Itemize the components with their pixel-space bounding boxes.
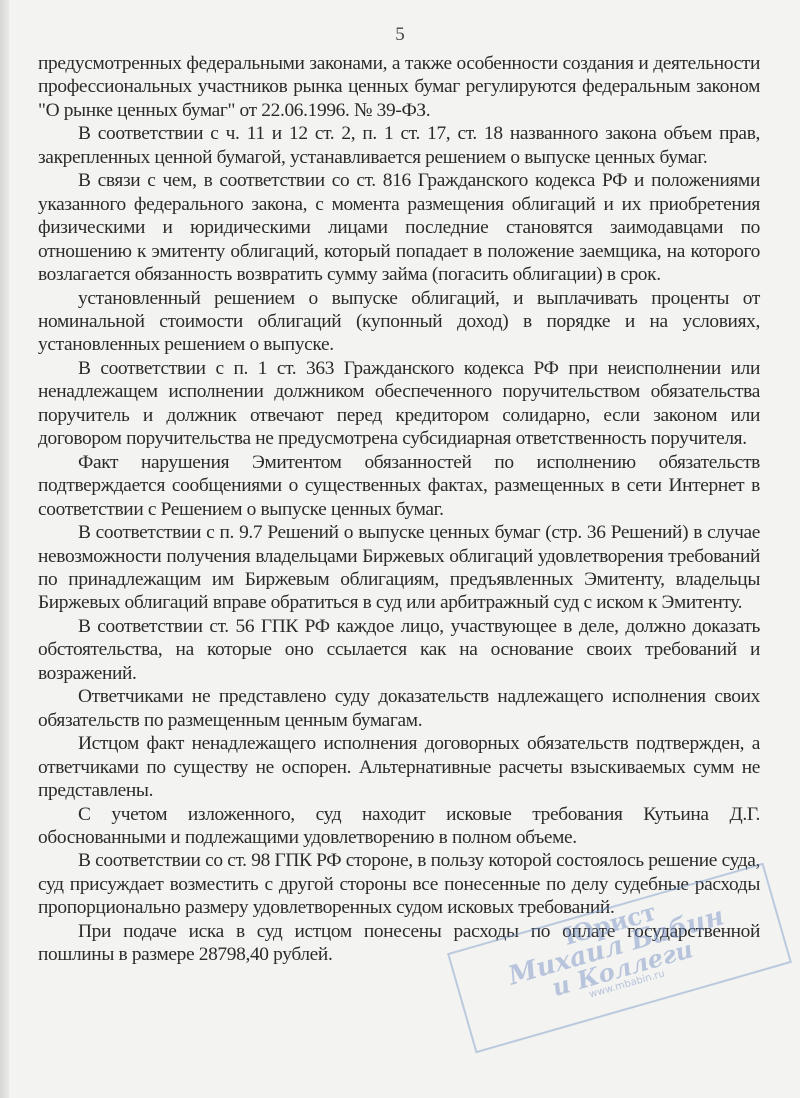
document-body: предусмотренных федеральными законами, а… — [38, 52, 760, 967]
paragraph: В связи с чем, в соответствии со ст. 816… — [38, 169, 760, 286]
paragraph: В соответствии с п. 9.7 Решений о выпуск… — [38, 521, 760, 615]
paragraph: Факт нарушения Эмитентом обязанностей по… — [38, 451, 760, 521]
paragraph: С учетом изложенного, суд находит исковы… — [38, 803, 760, 850]
scan-edge-shadow — [0, 0, 9, 1098]
page-number: 5 — [0, 24, 800, 46]
paragraph: В соответствии с п. 1 ст. 363 Гражданско… — [38, 357, 760, 451]
paragraph: предусмотренных федеральными законами, а… — [38, 52, 760, 122]
paragraph: При подаче иска в суд истцом понесены ра… — [38, 920, 760, 967]
paragraph: установленный решением о выпуске облигац… — [38, 287, 760, 357]
paragraph: Истцом факт ненадлежащего исполнения дог… — [38, 732, 760, 802]
paragraph: Ответчиками не представлено суду доказат… — [38, 685, 760, 732]
paragraph: В соответствии ст. 56 ГПК РФ каждое лицо… — [38, 615, 760, 685]
paragraph: В соответствии со ст. 98 ГПК РФ стороне,… — [38, 849, 760, 919]
paragraph: В соответствии с ч. 11 и 12 ст. 2, п. 1 … — [38, 122, 760, 169]
